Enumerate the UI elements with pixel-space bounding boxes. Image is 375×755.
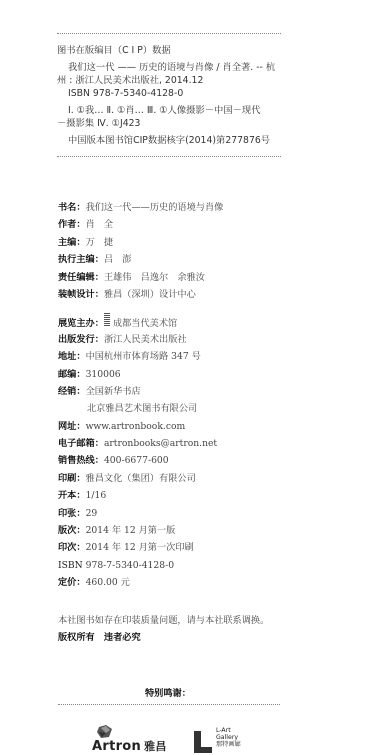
label: 版次：: [58, 525, 86, 536]
label: 执行主编：: [58, 254, 104, 265]
row-exhibition: 展览主办：成都当代美术馆: [58, 313, 223, 330]
label: 主编：: [58, 237, 86, 248]
row-price: 定价：460.00 元: [58, 574, 223, 591]
row-author: 作者：肖 全: [58, 216, 223, 233]
cip-block: 图书在版编目（C I P）数据 我们这一代 —— 历史的语境与肖像 / 肖全著.…: [57, 33, 281, 157]
label: 展览主办：: [58, 318, 104, 329]
cip-class-line1: Ⅰ. ①我… Ⅱ. ①肖… Ⅲ. ①人像摄影－中国－现代: [57, 104, 281, 117]
value: 肖 全: [86, 219, 114, 230]
artron-cn: 雅昌: [144, 740, 167, 753]
divider-top: [57, 33, 281, 34]
row-distributor: 经销：全国新华书店: [58, 383, 223, 400]
row-editor: 主编：万 捷: [58, 234, 223, 251]
row-edition: 版次：2014 年 12 月第一版: [58, 522, 223, 539]
label: 印刷：: [58, 473, 86, 484]
website-link[interactable]: www.artronbook.com: [86, 421, 186, 432]
cip-isbn: ISBN 978-7-5340-4128-0: [57, 87, 281, 100]
cip-title-line1: 我们这一代 —— 历史的语境与肖像 / 肖全著. -- 杭: [57, 61, 281, 74]
row-email: 电子邮箱：artronbooks@artron.net: [58, 435, 223, 452]
lart-line1: L-Art: [216, 727, 241, 734]
label: 出版发行：: [58, 334, 104, 345]
row-hotline: 销售热线：400-6677-600: [58, 452, 223, 469]
row-title: 书名：我们这一代——历史的语境与肖像: [58, 199, 223, 216]
row-distributor-2: 北京雅昌艺术图书有限公司: [58, 400, 223, 417]
value: 成都当代美术馆: [113, 318, 177, 329]
row-resp-editor: 责任编辑：王雄伟 吕逸尔 余雅汝: [58, 269, 223, 286]
label: 网址：: [58, 421, 86, 432]
divider-bottom: [57, 156, 281, 157]
row-website: 网址：www.artronbook.com: [58, 418, 223, 435]
row-publisher: 出版发行：浙江人民美术出版社: [58, 331, 223, 348]
artron-logo: Artron雅昌: [92, 725, 162, 755]
artron-logo-icon: [97, 725, 113, 739]
label: 开本：: [58, 490, 86, 501]
value: 我们这一代——历史的语境与肖像: [86, 202, 224, 213]
label: 书名：: [58, 202, 86, 213]
colophon-info: 书名：我们这一代——历史的语境与肖像 作者：肖 全 主编：万 捷 执行主编：吕 …: [58, 199, 223, 592]
value: 1/16: [86, 490, 107, 501]
value: 浙江人民美术出版社: [104, 334, 187, 345]
label: 定价：: [58, 577, 86, 588]
value: 310006: [86, 369, 121, 380]
row-address: 地址：中国杭州市体育场路 347 号: [58, 348, 223, 365]
value: 29: [86, 508, 98, 519]
value: 2014 年 12 月第一版: [86, 525, 176, 536]
quality-notice: 本社图书如存在印装质量问题，请与本社联系调换。: [58, 612, 269, 629]
row-format: 开本：1/16: [58, 487, 223, 504]
value: 460.00 元: [86, 577, 130, 588]
value: 吕 澎: [104, 254, 132, 265]
value: 王雄伟 吕逸尔 余雅汝: [104, 272, 205, 283]
label: 经销：: [58, 386, 86, 397]
value: 万 捷: [86, 237, 114, 248]
label: 邮编：: [58, 369, 86, 380]
lart-logo: L-Art Gallery 那特画廊: [194, 727, 264, 755]
artron-name: Artron: [92, 739, 141, 754]
thanks-divider: [58, 704, 280, 705]
cip-class-line2: －摄影集 Ⅳ. ①J423: [57, 117, 281, 130]
value: 978-7-5340-4128-0: [86, 560, 174, 571]
label: 销售热线：: [58, 455, 104, 466]
value: 2014 年 12 月第一次印刷: [86, 542, 194, 553]
label: 装帧设计：: [58, 289, 104, 300]
cip-title-line2: 州 : 浙江人民美术出版社, 2014.12: [57, 74, 281, 87]
cip-number: 中国版本图书馆CIP数据核字(2014)第277876号: [57, 134, 281, 147]
value: 全国新华书店: [86, 386, 141, 397]
row-exec-editor: 执行主编：吕 澎: [58, 251, 223, 268]
email-link[interactable]: artronbooks@artron.net: [104, 438, 217, 449]
row-postcode: 邮编：310006: [58, 366, 223, 383]
row-design: 装帧设计：雅昌（深圳）设计中心: [58, 286, 223, 303]
thanks-label: 特别鸣谢：: [145, 685, 191, 699]
row-isbn: ISBN 978-7-5340-4128-0: [58, 557, 223, 574]
row-printing: 印次：2014 年 12 月第一次印刷: [58, 539, 223, 556]
museum-logo-icon: [104, 313, 110, 327]
label: 印张：: [58, 508, 86, 519]
lart-logo-icon: [194, 731, 212, 753]
cip-heading: 图书在版编目（C I P）数据: [57, 44, 281, 57]
lart-line3: 那特画廊: [216, 741, 241, 748]
value: 雅昌（深圳）设计中心: [104, 289, 196, 300]
value: 中国杭州市体育场路 347 号: [86, 351, 201, 362]
lart-line2: Gallery: [216, 734, 241, 741]
copyright-notice: 版权所有 违者必究: [58, 629, 269, 646]
label: 作者：: [58, 219, 86, 230]
value: 400-6677-600: [104, 455, 169, 466]
notice-block: 本社图书如存在印装质量问题，请与本社联系调换。 版权所有 违者必究: [58, 612, 269, 646]
label: ISBN: [58, 560, 86, 571]
value: 北京雅昌艺术图书有限公司: [87, 403, 197, 414]
label: 电子邮箱：: [58, 438, 104, 449]
row-printer: 印刷：雅昌文化（集团）有限公司: [58, 470, 223, 487]
label: 印次：: [58, 542, 86, 553]
label: 地址：: [58, 351, 86, 362]
row-sheets: 印张：29: [58, 505, 223, 522]
label: 责任编辑：: [58, 272, 104, 283]
value: 雅昌文化（集团）有限公司: [86, 473, 196, 484]
